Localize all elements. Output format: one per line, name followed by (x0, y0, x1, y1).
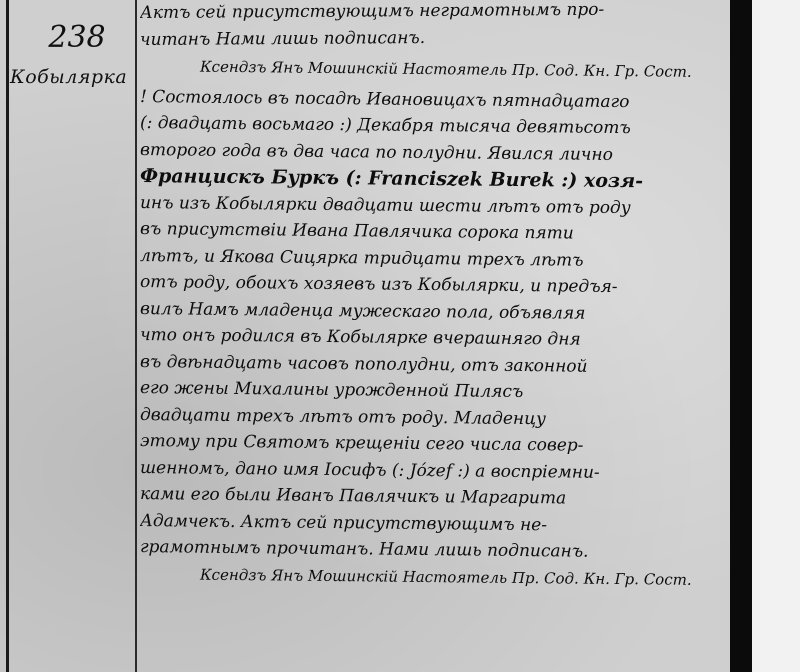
scanned-register-page: 238 Кобылярка Актъ сей присутствующимъ н… (0, 0, 800, 672)
entry-margin: 238 Кобылярка (10, 18, 134, 90)
next-page-strip (752, 0, 800, 672)
previous-entry-line: читанъ Нами лишь подписанъ. (140, 22, 730, 53)
entry-text-column: Актъ сей присутствующимъ неграмотнымъ пр… (140, 0, 730, 587)
entry-number: 238 (20, 18, 134, 58)
margin-rule (135, 0, 137, 672)
priest-signature: Ксендзъ Янъ Мошинскій Настоятель Пр. Сод… (140, 561, 730, 594)
page-edge-shadow (730, 0, 752, 672)
left-page-rule (6, 0, 9, 672)
village-name: Кобылярка (10, 64, 134, 90)
